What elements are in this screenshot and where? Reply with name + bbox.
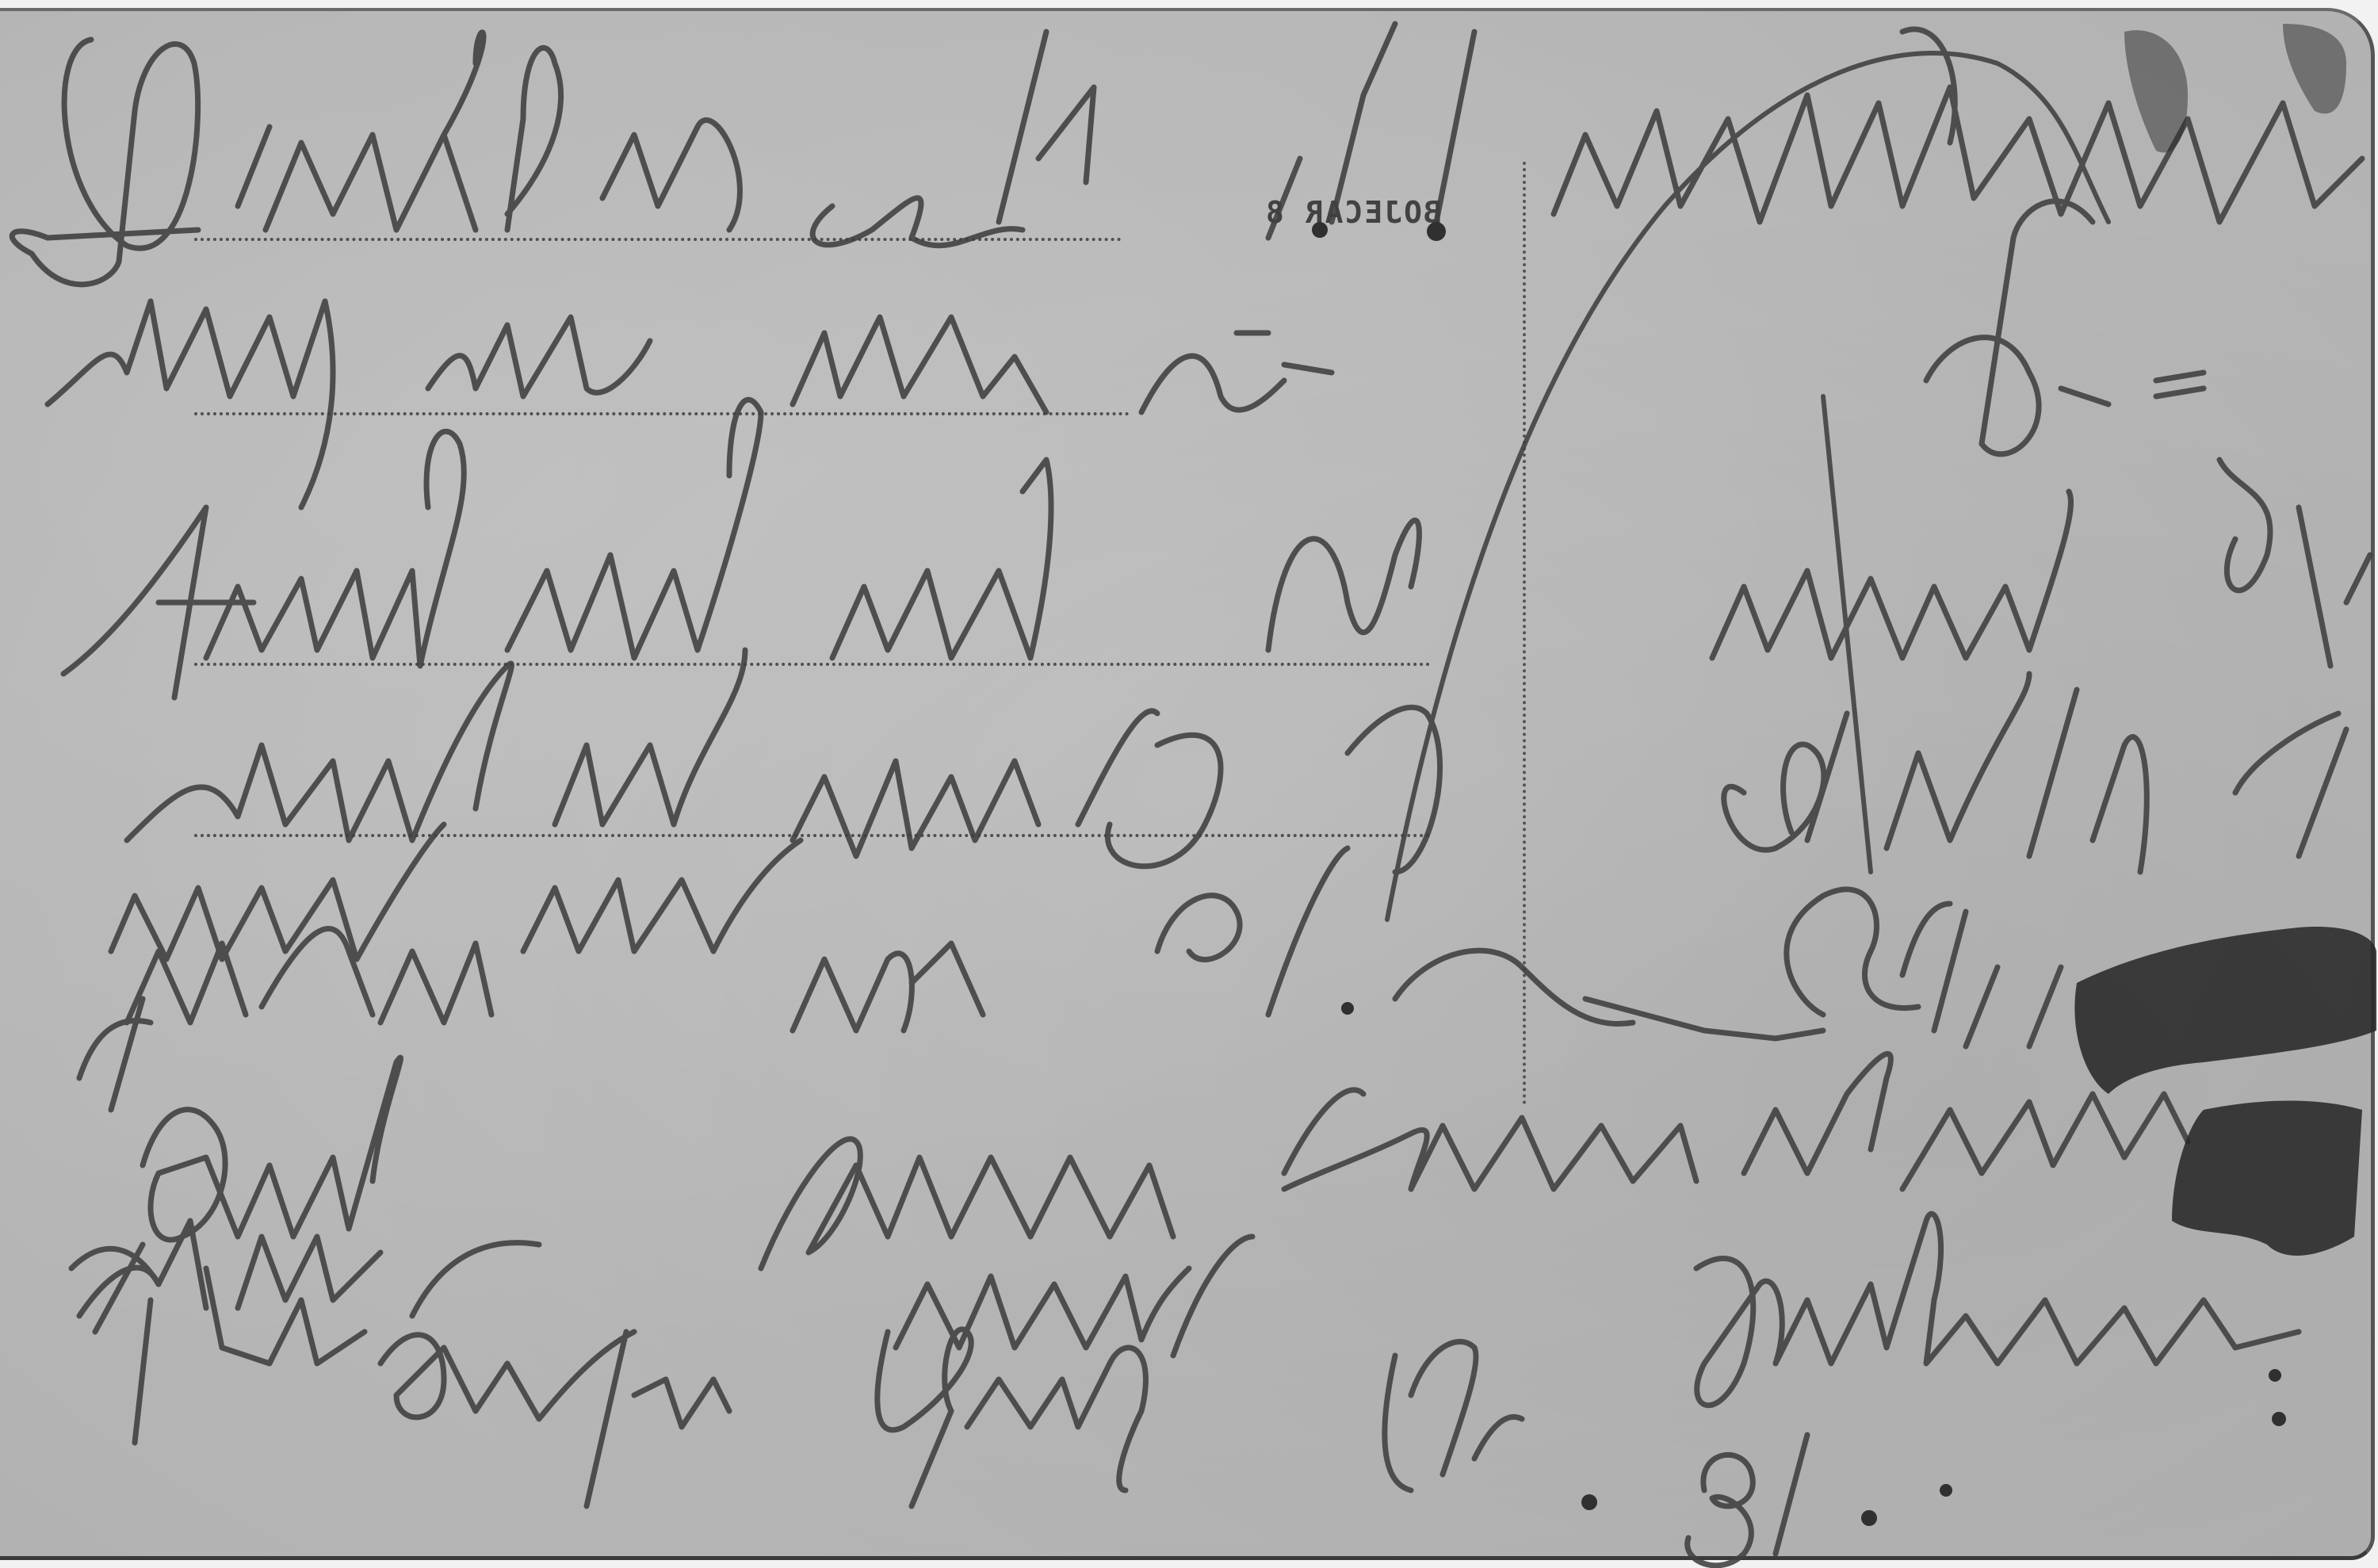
handwriting-line-7 — [71, 1214, 2299, 1405]
handwriting-line-2 — [48, 201, 2204, 507]
scribble-patch-top-2 — [2283, 24, 2346, 113]
scribble-patch-2 — [2172, 1100, 2362, 1255]
handwriting-line-5 — [79, 824, 1966, 1110]
handwriting-strokes — [0, 0, 2378, 1568]
handwriting-line-4 — [127, 650, 2346, 872]
scribble-patch-top-1 — [2124, 30, 2188, 152]
scribble-patch-1 — [2074, 927, 2376, 1094]
